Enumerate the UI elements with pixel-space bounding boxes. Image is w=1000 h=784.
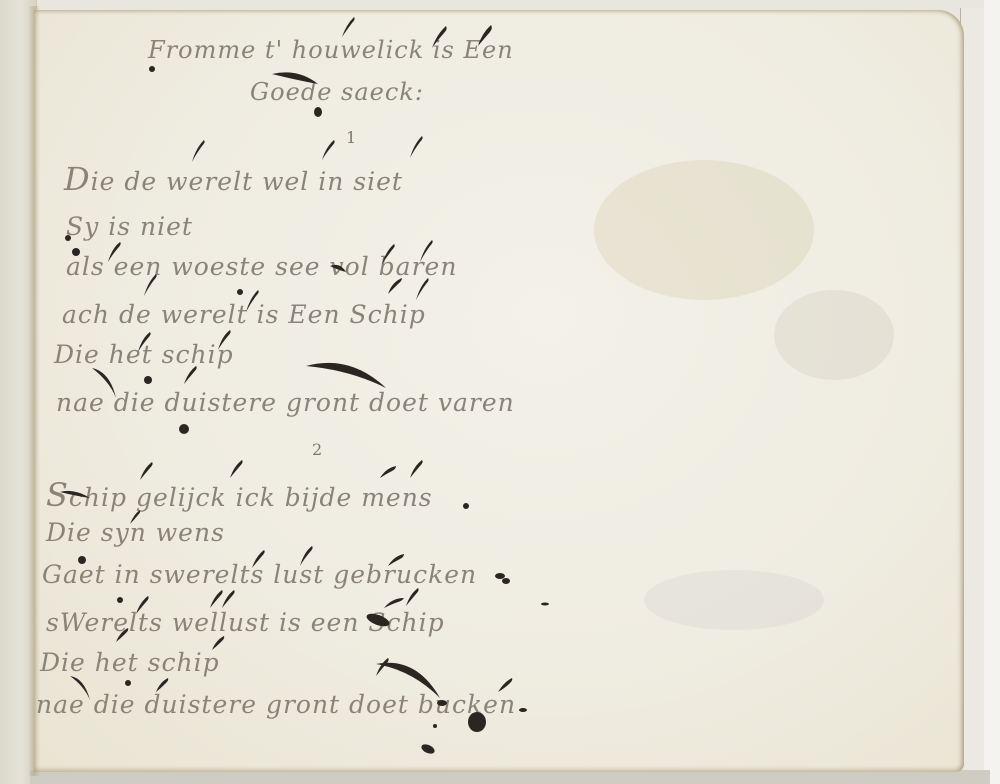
paper-stain bbox=[774, 290, 894, 380]
poem-title-line-1: Fromme t' houwelick is Een bbox=[148, 36, 514, 64]
stanza-2-line-6: nae die duistere gront doet bucken bbox=[36, 690, 516, 719]
stanza-2-line-5: Die het schip bbox=[40, 648, 220, 677]
stanza-number-2: 2 bbox=[312, 440, 323, 459]
stanza-1-line-5: Die het schip bbox=[54, 340, 234, 369]
stanza-2-line-1: Schip gelijck ick bijde mens bbox=[46, 476, 433, 514]
paper-stain bbox=[594, 160, 814, 300]
binding-shadow bbox=[28, 6, 40, 776]
stanza-2-line-4: sWerelts wellust is een Schip bbox=[46, 608, 445, 637]
stanza-2-line-3: Gaet in swerelts lust gebrucken bbox=[42, 560, 477, 589]
stanza-2-line-2: Die syn wens bbox=[46, 518, 225, 547]
scan-bottom-margin bbox=[30, 770, 990, 784]
stanza-number-1: 1 bbox=[346, 128, 357, 147]
stanza-1-line-3: als een woeste see vol baren bbox=[66, 252, 457, 281]
stanza-1-line-4: ach de werelt is Een Schip bbox=[62, 300, 426, 329]
stanza-1-line-1: Die de werelt wel in siet bbox=[64, 160, 403, 198]
stanza-1-line-6: nae die duistere gront doet varen bbox=[56, 388, 515, 417]
stanza-1-line-2: Sy is niet bbox=[66, 212, 193, 241]
poem-title-line-2: Goede saeck: bbox=[250, 78, 424, 106]
paper-stain bbox=[644, 570, 824, 630]
scan-margin bbox=[984, 0, 1000, 784]
